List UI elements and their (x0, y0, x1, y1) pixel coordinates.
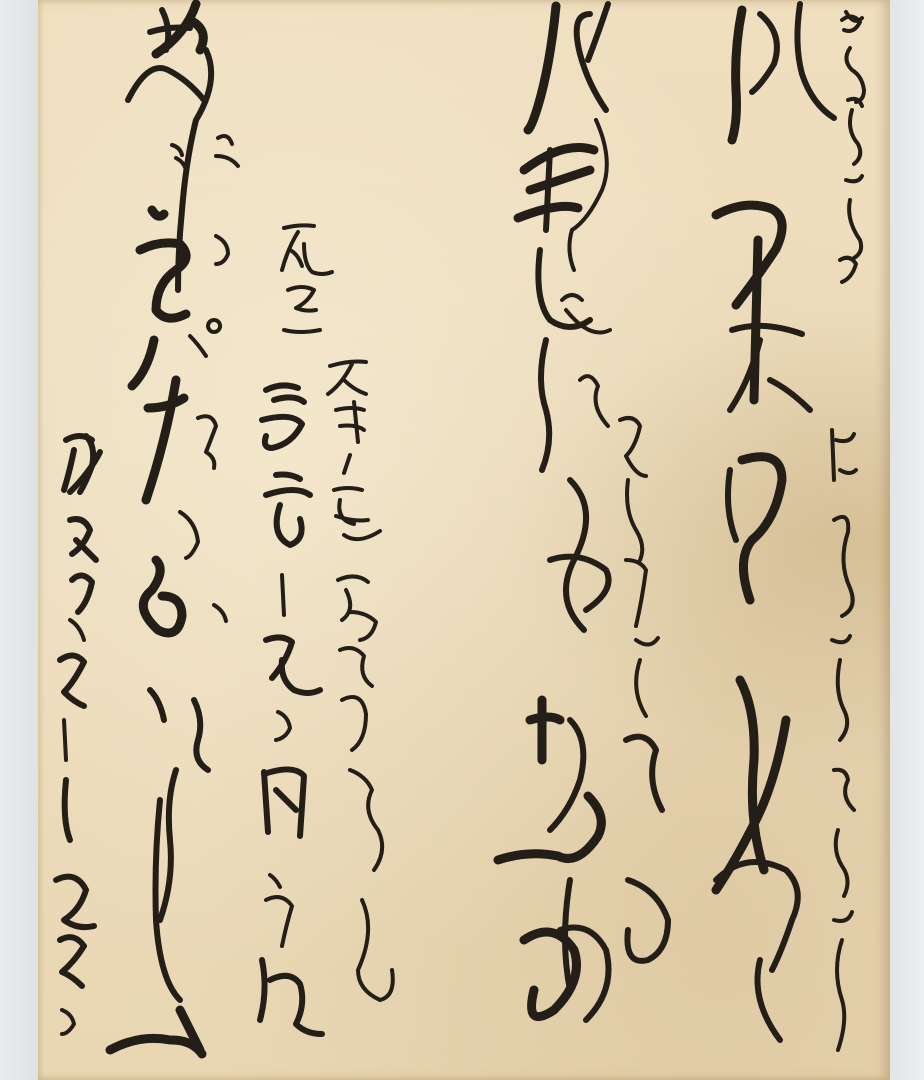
column-right-center (498, 4, 668, 1020)
column-far-right (832, 12, 864, 1050)
column-right (716, 4, 834, 1040)
column-center-katakana (328, 362, 393, 1001)
column-left (110, 4, 238, 1054)
column-center-left (260, 225, 332, 1034)
column-far-left (56, 436, 100, 1034)
calligraphy-ink (0, 0, 924, 1080)
